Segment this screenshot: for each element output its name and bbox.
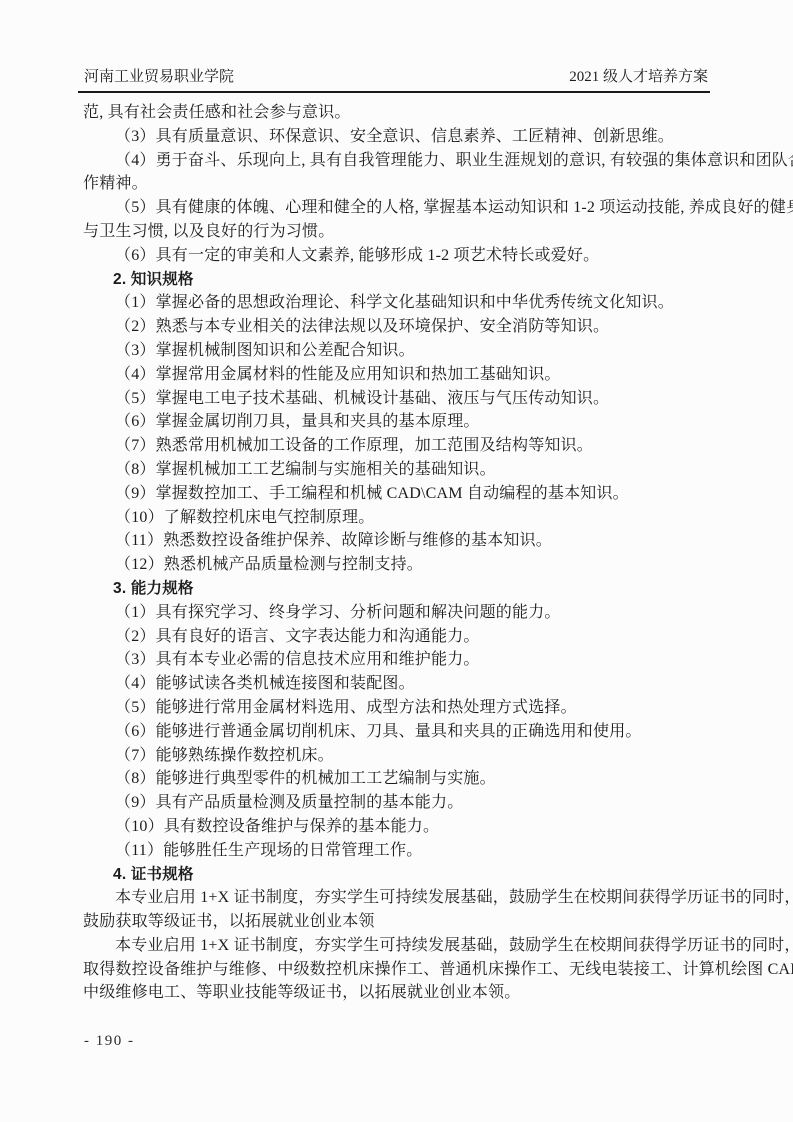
text-line: 范, 具有社会责任感和社会参与意识。 [83, 101, 723, 125]
text-line: （10）具有数控设备维护与保养的基本能力。 [83, 815, 723, 839]
page-footer: - 190 - [84, 1033, 135, 1050]
text-line: 作精神。 [83, 172, 723, 196]
text-line: （11）熟悉数控设备维护保养、故障诊断与维修的基本知识。 [83, 529, 723, 553]
section-heading: 2. 知识规格 [83, 268, 723, 292]
text-line: （9）具有产品质量检测及质量控制的基本能力。 [83, 791, 723, 815]
text-line: （3）具有质量意识、环保意识、安全意识、信息素养、工匠精神、创新思维。 [83, 125, 723, 149]
text-line: （1）掌握必备的思想政治理论、科学文化基础知识和中华优秀传统文化知识。 [83, 291, 723, 315]
text-line: 与卫生习惯, 以及良好的行为习惯。 [83, 220, 723, 244]
text-line: （2）熟悉与本专业相关的法律法规以及环境保护、安全消防等知识。 [83, 315, 723, 339]
page-header: 河南工业贸易职业学院 2021 级人才培养方案 [78, 66, 710, 93]
text-line: （3）掌握机械制图知识和公差配合知识。 [83, 339, 723, 363]
document-body: 范, 具有社会责任感和社会参与意识。（3）具有质量意识、环保意识、安全意识、信息… [83, 101, 723, 1005]
text-line: （4）勇于奋斗、乐现向上, 具有自我管理能力、职业生涯规划的意识, 有较强的集体… [83, 149, 723, 173]
text-line: （3）具有本专业必需的信息技术应用和维护能力。 [83, 648, 723, 672]
text-line: （5）能够进行常用金属材料选用、成型方法和热处理方式选择。 [83, 696, 723, 720]
text-line: 本专业启用 1+X 证书制度，夯实学生可持续发展基础，鼓励学生在校期间获得学历证… [83, 934, 723, 958]
text-line: 取得数控设备维护与维修、中级数控机床操作工、普通机床操作工、无线电装接工、计算机… [83, 958, 723, 982]
text-line: （4）能够试读各类机械连接图和装配图。 [83, 672, 723, 696]
document-page: 河南工业贸易职业学院 2021 级人才培养方案 范, 具有社会责任感和社会参与意… [0, 0, 793, 1122]
section-heading: 3. 能力规格 [83, 577, 723, 601]
text-line: （12）熟悉机械产品质量检测与控制支持。 [83, 553, 723, 577]
page-number: - 190 - [84, 1033, 135, 1049]
section-heading: 4. 证书规格 [83, 863, 723, 887]
text-line: （2）具有良好的语言、文字表达能力和沟通能力。 [83, 625, 723, 649]
text-line: （7）熟悉常用机械加工设备的工作原理，加工范围及结构等知识。 [83, 434, 723, 458]
text-line: （8）掌握机械加工工艺编制与实施相关的基础知识。 [83, 458, 723, 482]
text-line: （6）能够进行普通金属切削机床、刀具、量具和夹具的正确选用和使用。 [83, 720, 723, 744]
text-line: （4）掌握常用金属材料的性能及应用知识和热加工基础知识。 [83, 363, 723, 387]
text-line: （9）掌握数控加工、手工编程和机械 CAD\CAM 自动编程的基本知识。 [83, 482, 723, 506]
text-line: 鼓励获取等级证书，以拓展就业创业本领 [83, 910, 723, 934]
header-institution: 河南工业贸易职业学院 [78, 66, 234, 88]
text-line: （11）能够胜任生产现场的日常管理工作。 [83, 839, 723, 863]
text-line: （10）了解数控机床电气控制原理。 [83, 506, 723, 530]
text-line: （8）能够进行典型零件的机械加工工艺编制与实施。 [83, 767, 723, 791]
text-line: （7）能够熟练操作数控机床。 [83, 744, 723, 768]
text-line: 本专业启用 1+X 证书制度，夯实学生可持续发展基础，鼓励学生在校期间获得学历证… [83, 886, 723, 910]
text-line: （5）掌握电工电子技术基础、机械设计基础、液压与气压传动知识。 [83, 387, 723, 411]
text-line: （1）具有探究学习、终身学习、分析问题和解决问题的能力。 [83, 601, 723, 625]
text-line: （5）具有健康的体魄、心理和健全的人格, 掌握基本运动知识和 1-2 项运动技能… [83, 196, 723, 220]
text-line: （6）掌握金属切削刀具，量具和夹具的基本原理。 [83, 410, 723, 434]
text-line: （6）具有一定的审美和人文素养, 能够形成 1-2 项艺术特长或爱好。 [83, 244, 723, 268]
header-document-title: 2021 级人才培养方案 [569, 66, 710, 88]
text-line: 中级维修电工、等职业技能等级证书，以拓展就业创业本领。 [83, 981, 723, 1005]
